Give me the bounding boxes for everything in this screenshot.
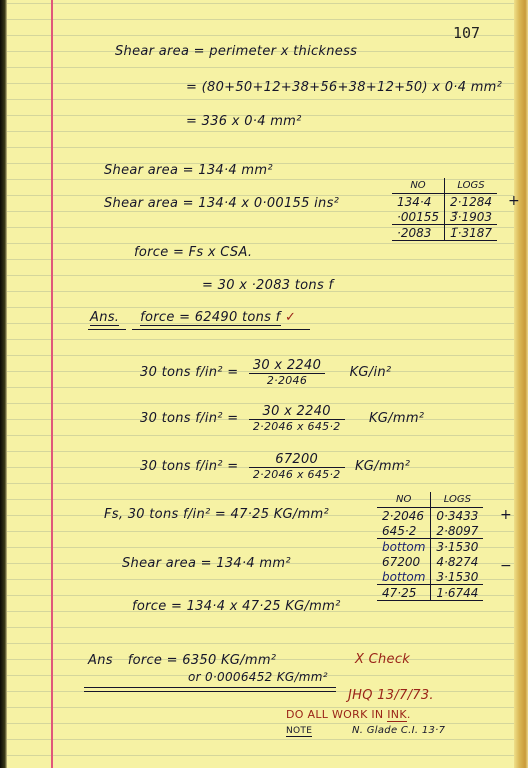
- force-kg: force = 134·4 x 47·25 KG/mm²: [132, 599, 341, 614]
- shear-area-restated: Shear area = 134·4 mm²: [122, 556, 291, 571]
- log-sign: +: [508, 193, 520, 209]
- fs-result: Fs, 30 tons f/in² = 47·25 KG/mm²: [104, 507, 329, 522]
- instructor-signature: N. Glade C.I. 13·7: [352, 725, 445, 736]
- fraction: 67200 2·2046 x 645·2: [249, 452, 345, 481]
- page-binding-edge: [0, 0, 7, 768]
- force-formula: force = Fs x CSA.: [134, 245, 252, 260]
- double-underline: [132, 329, 310, 330]
- log-table-header-logs: LOGS: [445, 178, 498, 194]
- log-table-header-logs: LOGS: [431, 492, 484, 508]
- fraction: 30 x 2240 2·2046: [249, 358, 325, 387]
- conversion-1: 30 tons f/in² = 30 x 2240 2·2046 KG/in²: [140, 358, 391, 387]
- note-label: NOTE: [286, 726, 312, 737]
- notebook-page: 107 Shear area = perimeter x thickness =…: [0, 0, 528, 768]
- log-table-row: 67200 4·8274: [377, 554, 483, 569]
- log-table-header-no: NO: [392, 178, 445, 194]
- answer-alternate: or 0·0006452 KG/mm²: [188, 670, 328, 684]
- page-right-edge: [514, 0, 528, 768]
- double-underline: [88, 329, 126, 330]
- conversion-3: 30 tons f/in² = 67200 2·2046 x 645·2 KG/…: [140, 452, 410, 481]
- force-substitution: = 30 x ·2083 tons f: [202, 278, 333, 293]
- perimeter-product: = 336 x 0·4 mm²: [186, 114, 302, 129]
- log-table-row: 47·25 1·6744: [377, 585, 483, 601]
- shear-area-definition: Shear area = perimeter x thickness: [115, 44, 357, 59]
- log-table-row: ·00155 3̄·1903: [392, 209, 497, 225]
- answer-force-1: Ans. force = 62490 tons f ✓: [90, 310, 296, 325]
- log-table-row: 134·4 2·1284: [392, 194, 497, 210]
- teacher-initials-date: JHQ 13/7/73.: [348, 688, 434, 703]
- margin-line: [51, 0, 53, 768]
- answer-label: Ans.: [90, 310, 119, 326]
- double-underline: [84, 687, 336, 688]
- checkmark-icon: ✓: [285, 310, 296, 325]
- answer-force-2: Ans force = 6350 KG/mm²: [88, 653, 276, 668]
- double-underline: [84, 691, 336, 692]
- answer-value: force = 6350 KG/mm²: [128, 653, 277, 668]
- log-sign-plus: +: [500, 507, 512, 523]
- log-table-row: bottom 3·1530: [377, 569, 483, 585]
- answer-value: force = 62490 tons f: [140, 310, 280, 326]
- log-sign-minus: −: [500, 558, 512, 574]
- log-table-row: 2·2046 0·3433: [377, 508, 483, 524]
- log-table-row: bottom 3·1530: [377, 539, 483, 555]
- teacher-check-note: X Check: [355, 652, 410, 667]
- log-table-row: 645·2 2·8097: [377, 523, 483, 539]
- log-table-header-no: NO: [377, 492, 431, 508]
- teacher-instruction: DO ALL WORK IN INK.: [286, 708, 411, 721]
- log-table-row: ·2083 1̄·3187: [392, 225, 497, 241]
- shear-area-in: Shear area = 134·4 x 0·00155 ins²: [104, 196, 339, 211]
- page-number: 107: [453, 24, 480, 42]
- shear-area-mm: Shear area = 134·4 mm²: [104, 163, 273, 178]
- answer-label: Ans: [88, 653, 113, 668]
- perimeter-sum: = (80+50+12+38+56+38+12+50) x 0·4 mm²: [186, 80, 502, 95]
- fraction: 30 x 2240 2·2046 x 645·2: [249, 404, 345, 433]
- log-table-2: NO LOGS 2·2046 0·3433 645·2 2·8097 botto…: [377, 492, 483, 601]
- conversion-2: 30 tons f/in² = 30 x 2240 2·2046 x 645·2…: [140, 404, 424, 433]
- log-table-1: NO LOGS 134·4 2·1284 ·00155 3̄·1903 ·208…: [392, 178, 497, 241]
